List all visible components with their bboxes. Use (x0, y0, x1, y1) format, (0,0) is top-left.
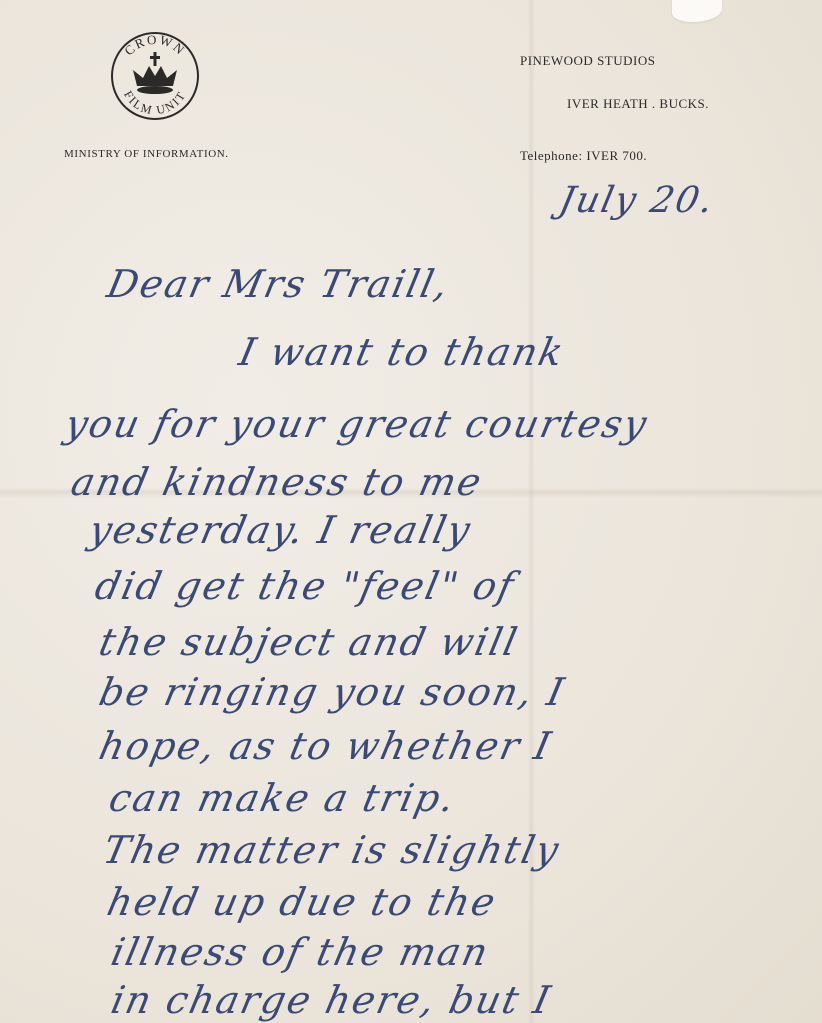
letter-line: The matter is slightly (99, 828, 564, 872)
crown-icon: CROWN FILM UNIT (109, 30, 201, 122)
letter-line: yesterday. I really (85, 508, 475, 552)
crown-film-unit-logo: CROWN FILM UNIT (109, 30, 201, 122)
letter-line: illness of the man (107, 930, 493, 974)
letter-date: July 20. (556, 180, 719, 221)
organization-name: MINISTRY OF INFORMATION. (64, 148, 229, 160)
letter-line: you for your great courtesy (61, 402, 652, 446)
letter-line: be ringing you soon, I (95, 670, 569, 714)
address-line-2: IVER HEATH . BUCKS. (567, 96, 709, 112)
letter-line: the subject and will (95, 620, 522, 664)
letter-line: I want to thank (235, 330, 569, 374)
letter-line: held up due to the (103, 880, 501, 924)
address-line-1: PINEWOOD STUDIOS (520, 53, 655, 69)
telephone: Telephone: IVER 700. (520, 148, 647, 164)
salutation: Dear Mrs Traill, (103, 262, 454, 306)
letter-line: can make a trip. (105, 776, 460, 820)
letter-line: and kindness to me (67, 460, 487, 504)
letter-line: hope, as to whether I (95, 724, 556, 768)
letter-line: did get the "feel" of (91, 564, 519, 608)
letter-line: in charge here, but I (107, 978, 555, 1022)
